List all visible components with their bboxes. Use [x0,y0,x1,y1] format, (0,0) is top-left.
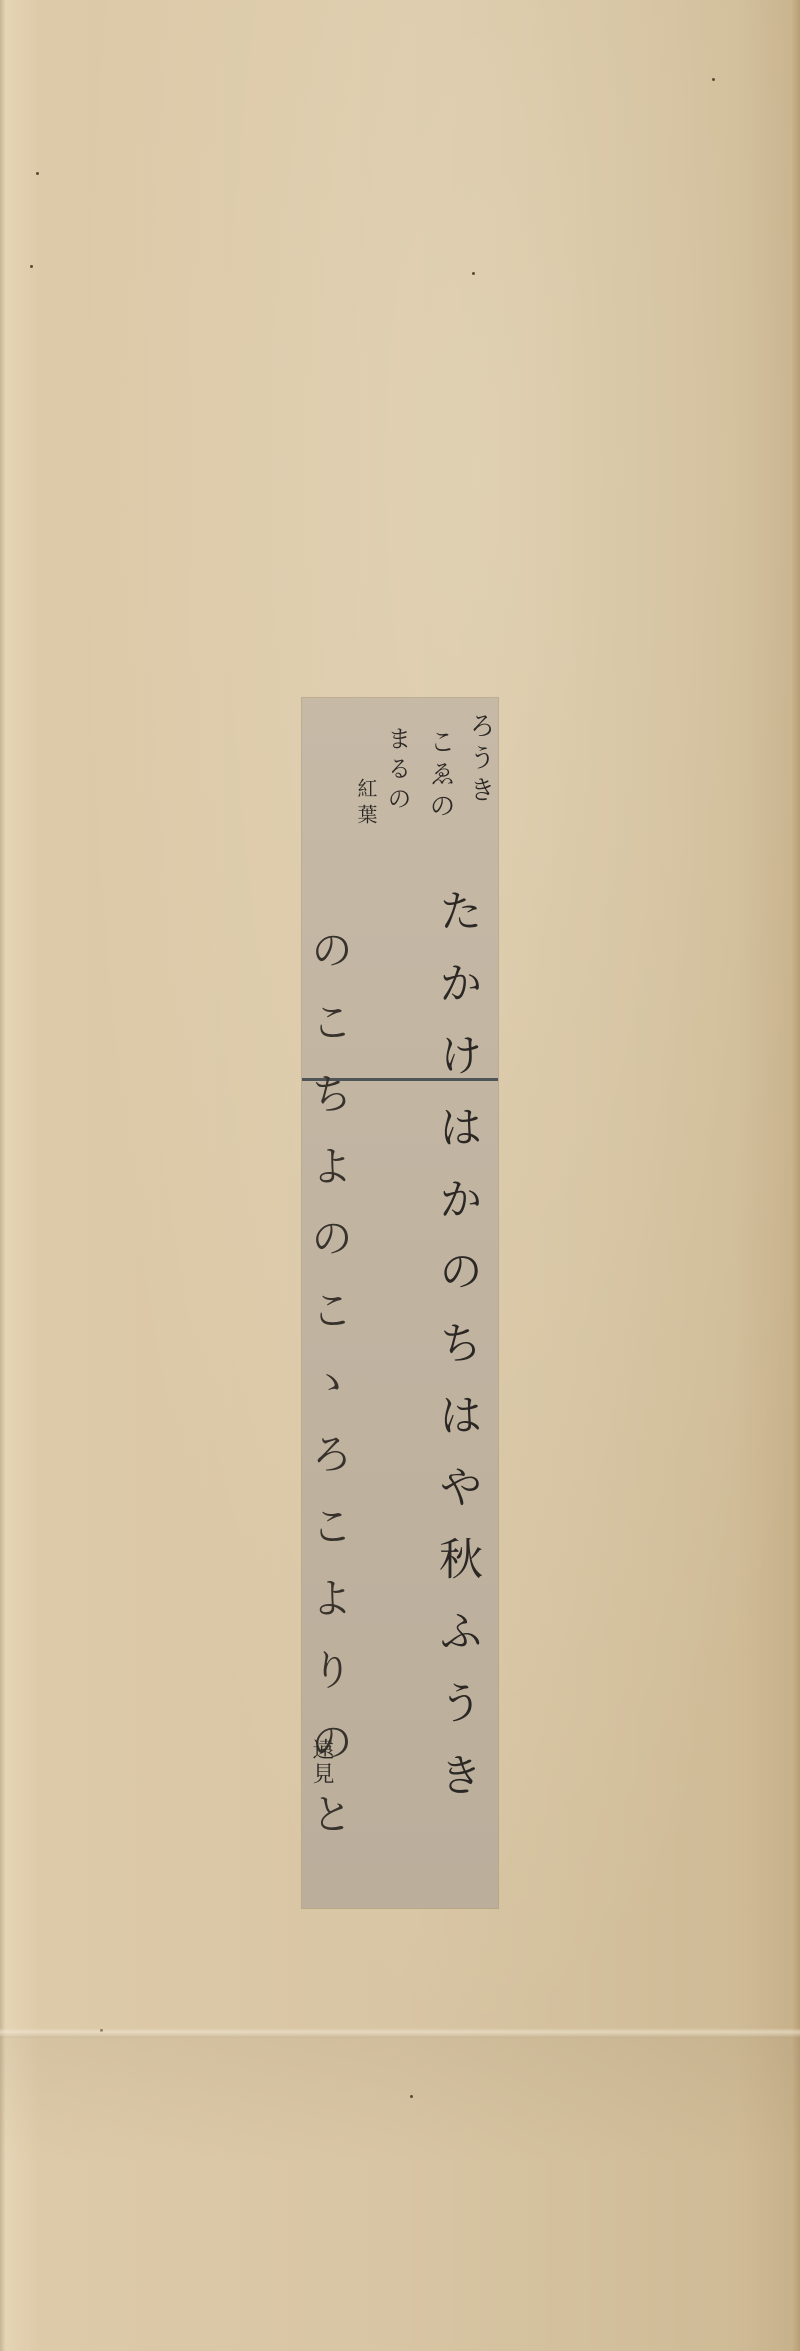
scroll-left-edge [0,0,6,2351]
fold-crease [0,2028,800,2038]
paper-speck [712,78,715,81]
heading-line-2: こゑの [422,728,459,824]
heading-line-3: まるの [380,726,415,816]
heading-line-4: 紅葉 [352,778,381,830]
tanzaku-poem-strip: ろうき こゑの まるの 紅葉 たかけはかのちはや秋ふうき のこちよのこゝろこより… [302,698,498,1908]
paper-speck [30,265,33,268]
signature: 遠見 [306,1738,337,1786]
poem-column-right: たかけはかのちはや秋ふうき [434,888,478,1824]
paper-speck [472,272,475,275]
poem-column-left: のこちよのこゝろこよりのと [308,928,350,1864]
fold-shadow [0,2038,800,2351]
heading-line-1: ろうき [462,712,499,808]
scroll-right-edge [792,0,800,2351]
paper-speck [36,172,39,175]
scroll-mount: ろうき こゑの まるの 紅葉 たかけはかのちはや秋ふうき のこちよのこゝろこより… [0,0,800,2351]
